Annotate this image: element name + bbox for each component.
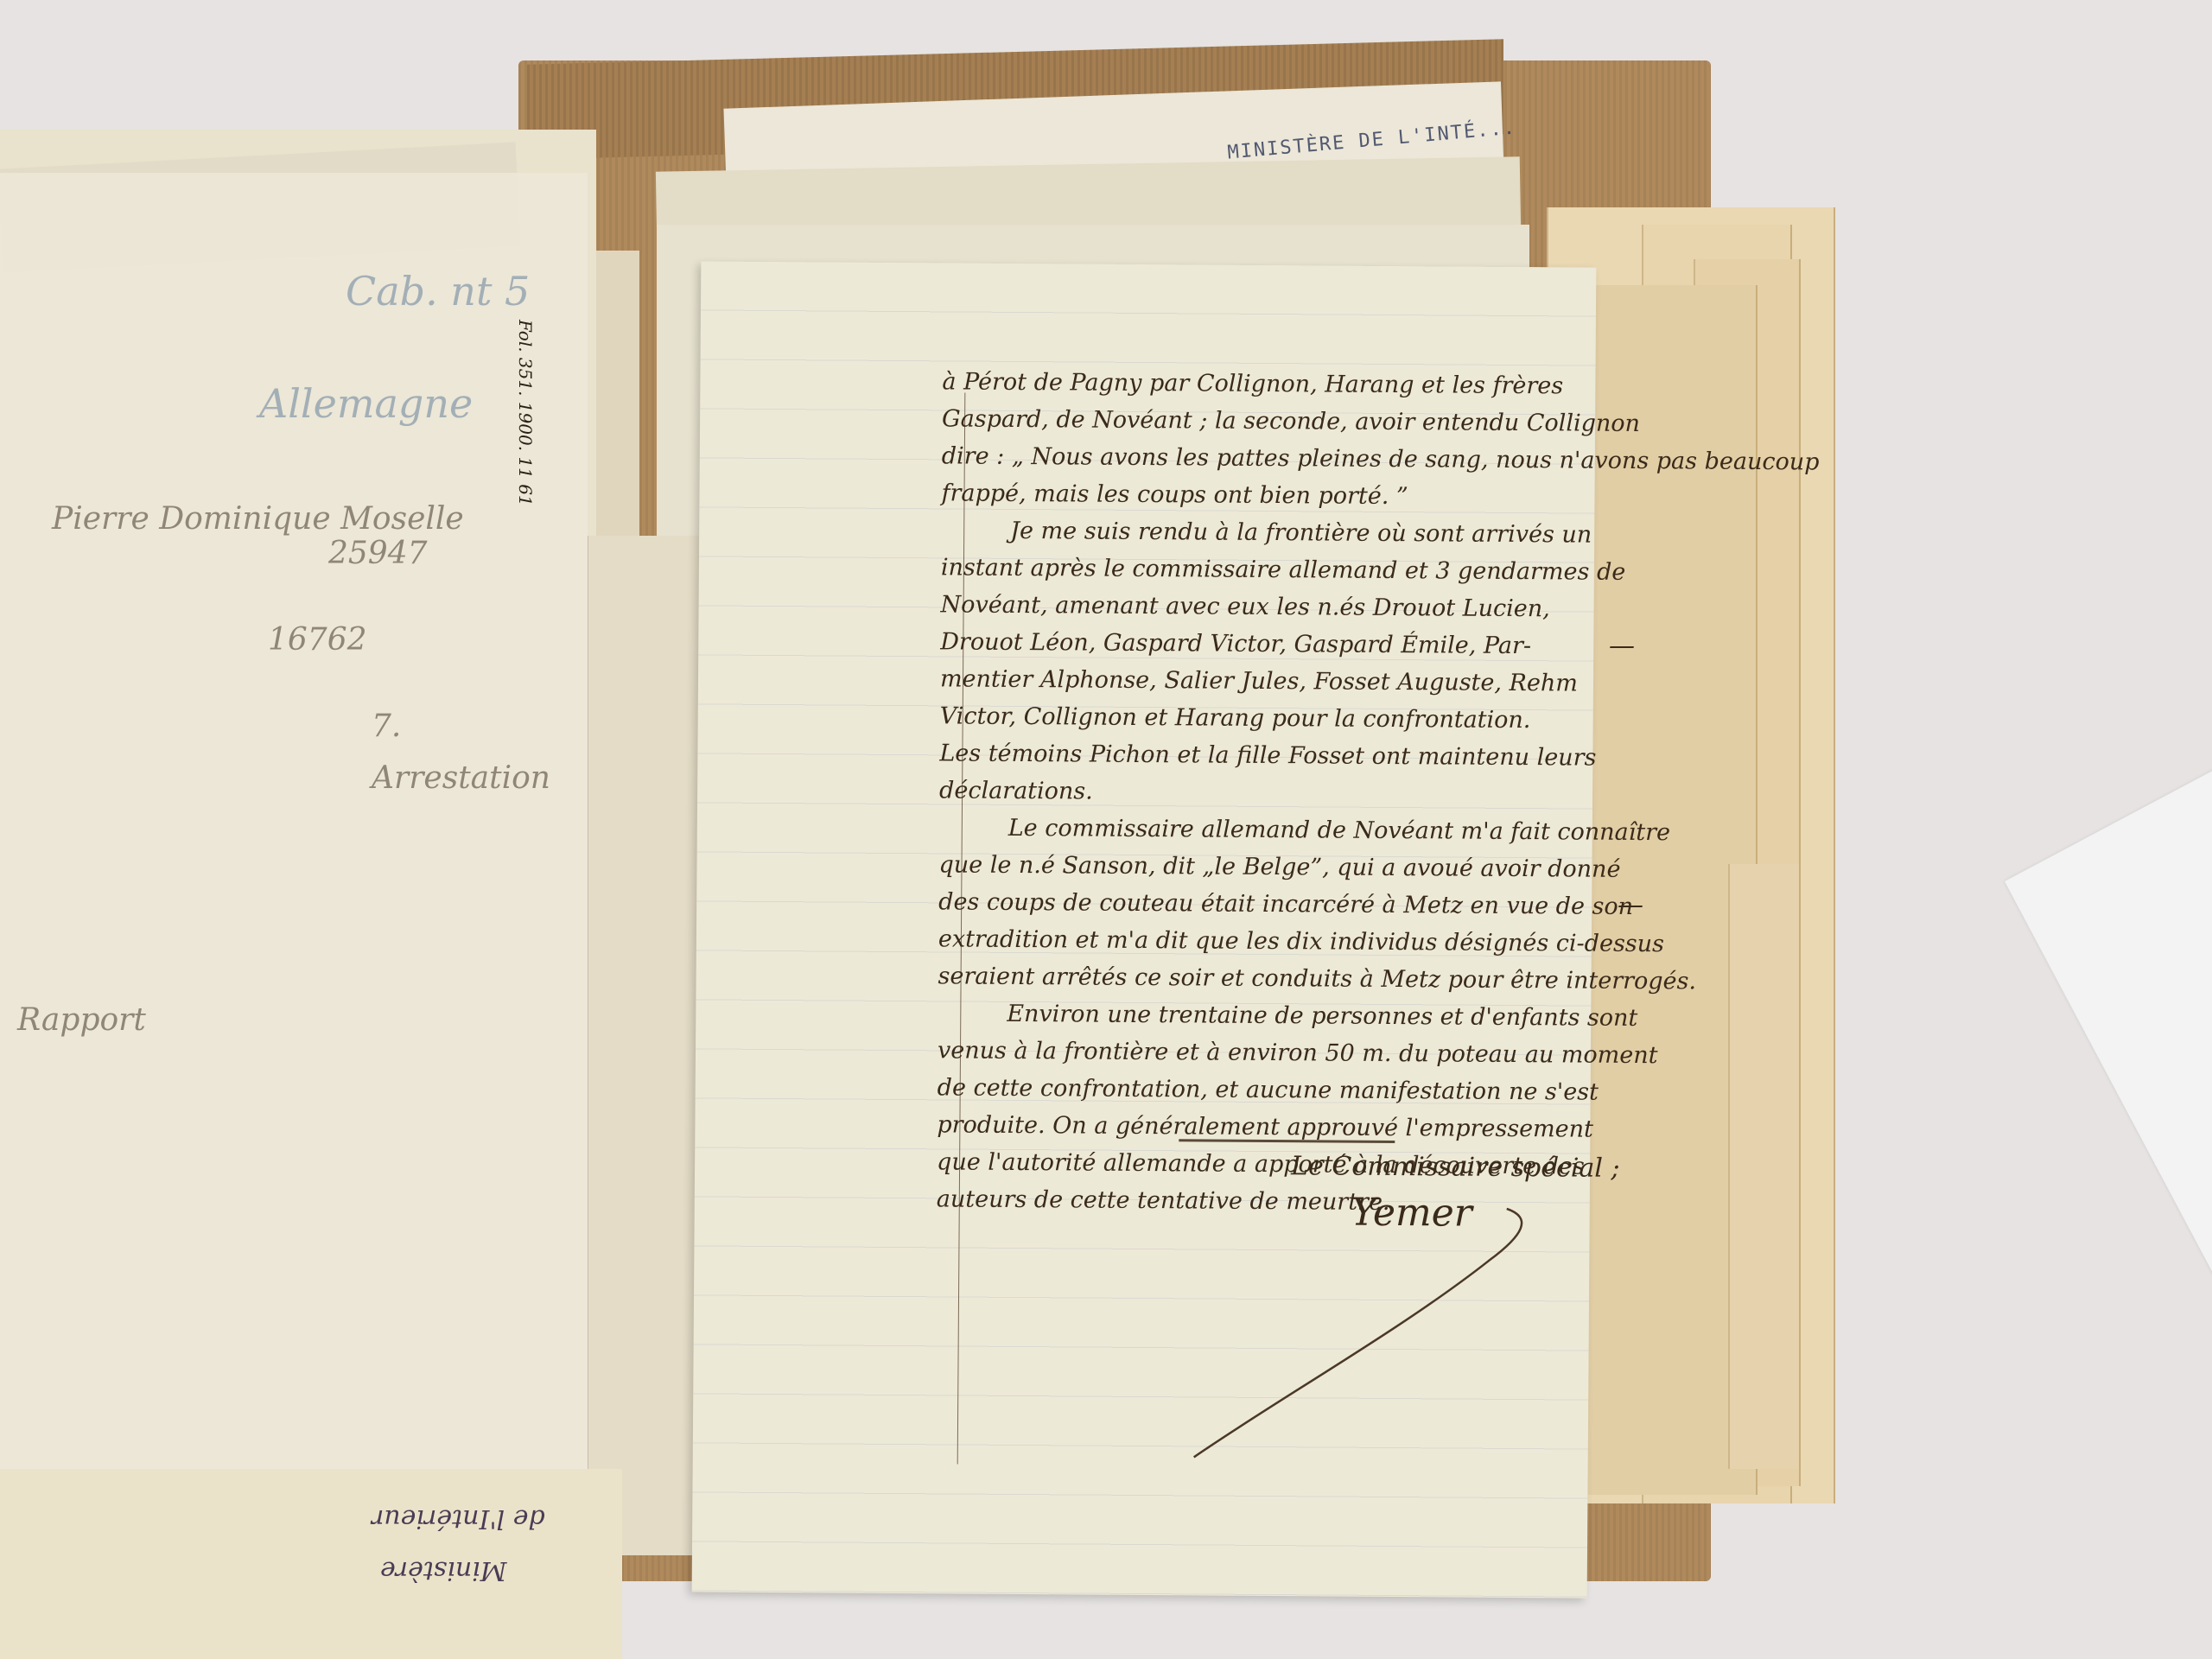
report-text: à Pérot de Pagny par Collignon, Harang e…: [937, 363, 1599, 1222]
ministry-label-line: de l'Intérieur: [372, 1503, 545, 1534]
report-page: à Pérot de Pagny par Collignon, Harang e…: [692, 261, 1597, 1598]
mirrored-note: Allemagne: [259, 380, 473, 427]
mirrored-note: Arrestation: [372, 760, 550, 796]
mirrored-note: Cab. nt 5: [346, 268, 530, 315]
mirrored-note: Pierre Dominique Moselle: [52, 501, 464, 537]
ministry-label-line: Ministère: [380, 1555, 507, 1586]
tissue-copy-page: Cab. nt 5 Allemagne Pierre Dominique Mos…: [0, 173, 588, 1503]
mirrored-note: Rapport: [17, 1002, 146, 1038]
opening-paragraph: à Pérot de Pagny par Collignon, Harang e…: [941, 363, 1599, 516]
signature-flourish-icon: [1177, 1172, 1541, 1468]
ministry-cover-sheet: Ministère de l'Intérieur: [0, 1469, 622, 1659]
paragraph-extradition: Le commissaire allemand de Novéant m'a f…: [938, 809, 1595, 999]
mirrored-note: 7.: [372, 709, 401, 744]
partial-handwriting: —: [1609, 631, 1635, 661]
paragraph-confrontation: Je me suis rendu à la frontière où sont …: [939, 512, 1598, 813]
stacked-sheet: [1728, 864, 1801, 1469]
loose-white-sheet: [2005, 719, 2212, 1415]
folio-margin-note: Fol. 351. 1900. 11 61: [515, 320, 536, 506]
mirrored-note: 25947: [328, 536, 428, 571]
mirrored-note: 16762: [268, 622, 367, 658]
